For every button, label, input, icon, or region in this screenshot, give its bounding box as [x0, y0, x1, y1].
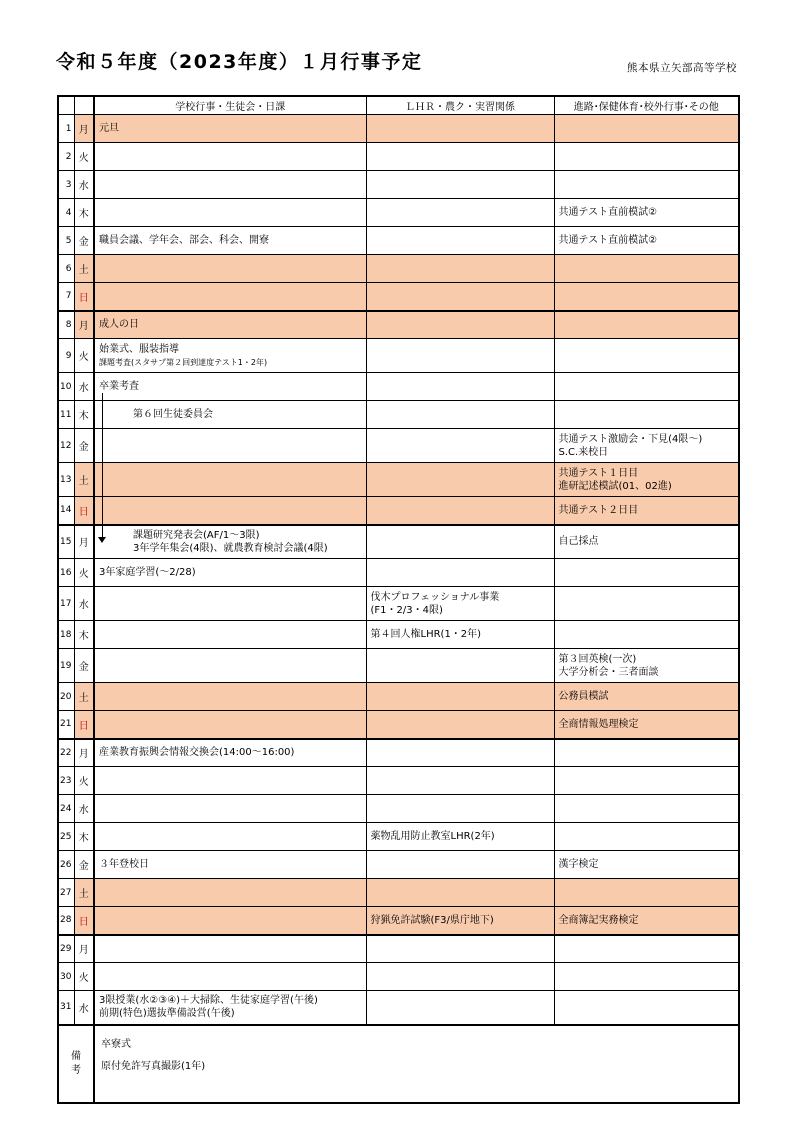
day-number: 13 — [58, 463, 74, 497]
shinro-events-cell — [554, 339, 739, 373]
day-number: 29 — [58, 935, 74, 963]
day-row-15: 15月課題研究発表会(AF/1～3限)3年学年集会(4限)、就農教育検討会議(4… — [58, 525, 739, 559]
school-events-cell — [94, 683, 366, 711]
weekday: 日 — [74, 497, 94, 525]
shinro-events-cell: 漢字検定 — [554, 851, 739, 879]
lhr-events-cell — [366, 497, 554, 525]
shinro-events-cell — [554, 621, 739, 649]
remarks-line: 原付免許写真撮影(1年) — [101, 1056, 732, 1078]
day-row-28: 28日狩猟免許試験(F3/県庁地下)全商簿記実務検定 — [58, 907, 739, 935]
day-row-2: 2火 — [58, 143, 739, 171]
day-row-29: 29月 — [58, 935, 739, 963]
day-row-22: 22月産業教育振興会情報交換会(14:00～16:00) — [58, 739, 739, 767]
event-text: 3年家庭学習(～2/28) — [99, 566, 362, 579]
lhr-events-cell — [366, 851, 554, 879]
lhr-events-cell — [366, 373, 554, 401]
day-row-19: 19金第３回英検(一次)大学分析会・三者面談 — [58, 649, 739, 683]
day-row-3: 3水 — [58, 171, 739, 199]
event-text: 3限授業(水②③④)＋大掃除、生徒家庭学習(午後) — [99, 994, 362, 1007]
lhr-events-cell — [366, 963, 554, 991]
weekday: 金 — [74, 429, 94, 463]
header-weekday-blank — [74, 96, 94, 115]
day-number: 1 — [58, 115, 74, 143]
event-text: S.C.来校日 — [559, 446, 735, 459]
weekday: 月 — [74, 739, 94, 767]
day-row-7: 7日 — [58, 283, 739, 311]
day-number: 4 — [58, 199, 74, 227]
shinro-events-cell — [554, 143, 739, 171]
day-number: 26 — [58, 851, 74, 879]
day-row-27: 27土 — [58, 879, 739, 907]
schedule-table: 学校行事・生徒会・日課 ＬＨＲ・農ク・実習関係 進路･保健体育･校外行事･その他… — [57, 95, 740, 1104]
lhr-events-cell: 狩猟免許試験(F3/県庁地下) — [366, 907, 554, 935]
event-text: 始業式、服装指導 — [99, 343, 362, 356]
shinro-events-cell: 共通テスト２日目 — [554, 497, 739, 525]
weekday: 土 — [74, 463, 94, 497]
lhr-events-cell: 伐木プロフェッショナル事業(F1・2/3・4限) — [366, 587, 554, 621]
day-number: 17 — [58, 587, 74, 621]
weekday: 木 — [74, 621, 94, 649]
day-row-17: 17水伐木プロフェッショナル事業(F1・2/3・4限) — [58, 587, 739, 621]
day-row-20: 20土公務員模試 — [58, 683, 739, 711]
weekday: 水 — [74, 991, 94, 1025]
school-events-cell — [94, 879, 366, 907]
event-text: 伐木プロフェッショナル事業 — [371, 591, 550, 604]
weekday: 金 — [74, 649, 94, 683]
lhr-events-cell — [366, 879, 554, 907]
event-text: 薬物乱用防止教室LHR(2年) — [371, 830, 550, 843]
school-events-cell — [94, 795, 366, 823]
day-number: 19 — [58, 649, 74, 683]
day-row-5: 5金職員会議、学年会、部会、科会、開寮共通テスト直前模試② — [58, 227, 739, 255]
day-number: 15 — [58, 525, 74, 559]
school-events-cell — [94, 283, 366, 311]
day-row-8: 8月成人の日 — [58, 311, 739, 339]
event-text: 全商情報処理検定 — [559, 718, 735, 731]
lhr-events-cell — [366, 525, 554, 559]
event-text: 大学分析会・三者面談 — [559, 666, 735, 679]
shinro-events-cell: 共通テスト直前模試② — [554, 227, 739, 255]
day-number: 18 — [58, 621, 74, 649]
shinro-events-cell — [554, 587, 739, 621]
day-row-31: 31水3限授業(水②③④)＋大掃除、生徒家庭学習(午後)前期(特色)選抜準備設営… — [58, 991, 739, 1025]
day-row-24: 24水 — [58, 795, 739, 823]
event-text: 共通テスト２日目 — [559, 504, 735, 517]
header-lhr-events: ＬＨＲ・農ク・実習関係 — [366, 96, 554, 115]
event-text: 産業教育振興会情報交換会(14:00～16:00) — [99, 746, 362, 759]
day-number: 8 — [58, 311, 74, 339]
event-text: 第４回人権LHR(1・2年) — [371, 628, 550, 641]
lhr-events-cell — [366, 199, 554, 227]
day-row-4: 4木共通テスト直前模試② — [58, 199, 739, 227]
school-events-cell: 3限授業(水②③④)＋大掃除、生徒家庭学習(午後)前期(特色)選抜準備設営(午後… — [94, 991, 366, 1025]
weekday: 火 — [74, 963, 94, 991]
school-events-cell — [94, 199, 366, 227]
school-events-cell: 課題研究発表会(AF/1～3限)3年学年集会(4限)、就農教育検討会議(4限) — [94, 525, 366, 559]
day-number: 31 — [58, 991, 74, 1025]
day-number: 6 — [58, 255, 74, 283]
shinro-events-cell — [554, 171, 739, 199]
lhr-events-cell — [366, 115, 554, 143]
event-text: 3年学年集会(4限)、就農教育検討会議(4限) — [133, 542, 362, 555]
lhr-events-cell: 第４回人権LHR(1・2年) — [366, 621, 554, 649]
exam-continuation-arrow — [98, 393, 106, 543]
weekday: 火 — [74, 767, 94, 795]
day-number: 12 — [58, 429, 74, 463]
shinro-events-cell — [554, 991, 739, 1025]
weekday: 火 — [74, 559, 94, 587]
shinro-events-cell — [554, 401, 739, 429]
school-events-cell: 卒業考査 — [94, 373, 366, 401]
day-number: 9 — [58, 339, 74, 373]
weekday: 月 — [74, 115, 94, 143]
event-text: 元旦 — [99, 122, 362, 135]
day-number: 3 — [58, 171, 74, 199]
event-text: (F1・2/3・4限) — [371, 604, 550, 617]
lhr-events-cell — [366, 171, 554, 199]
day-number: 7 — [58, 283, 74, 311]
lhr-events-cell — [366, 429, 554, 463]
event-text: ３年登校日 — [99, 858, 362, 871]
weekday: 土 — [74, 255, 94, 283]
day-row-23: 23火 — [58, 767, 739, 795]
lhr-events-cell — [366, 255, 554, 283]
header-row: 学校行事・生徒会・日課 ＬＨＲ・農ク・実習関係 進路･保健体育･校外行事･その他 — [58, 96, 739, 115]
arrow-shaft — [102, 393, 103, 537]
event-text: 公務員模試 — [559, 690, 735, 703]
event-text: 共通テスト激励会・下見(4限～) — [559, 433, 735, 446]
day-number: 25 — [58, 823, 74, 851]
lhr-events-cell — [366, 795, 554, 823]
document-page: 令和５年度（2023年度）１月行事予定 熊本県立矢部高等学校 学校行事・生徒会・… — [0, 0, 794, 1123]
day-row-25: 25木薬物乱用防止教室LHR(2年) — [58, 823, 739, 851]
shinro-events-cell — [554, 115, 739, 143]
day-number: 22 — [58, 739, 74, 767]
event-text: 前期(特色)選抜準備設営(午後) — [99, 1007, 362, 1020]
lhr-events-cell: 薬物乱用防止教室LHR(2年) — [366, 823, 554, 851]
school-name: 熊本県立矢部高等学校 — [627, 60, 737, 75]
day-number: 21 — [58, 711, 74, 739]
weekday: 日 — [74, 283, 94, 311]
school-events-cell — [94, 649, 366, 683]
day-row-18: 18木第４回人権LHR(1・2年) — [58, 621, 739, 649]
day-number: 14 — [58, 497, 74, 525]
header-day-blank — [58, 96, 74, 115]
day-number: 30 — [58, 963, 74, 991]
day-number: 23 — [58, 767, 74, 795]
weekday: 月 — [74, 525, 94, 559]
event-text: 課題考査(スタサプ第２回到達度テスト1・2年) — [99, 356, 362, 369]
day-row-1: 1月元旦 — [58, 115, 739, 143]
school-events-cell: 成人の日 — [94, 311, 366, 339]
weekday: 月 — [74, 935, 94, 963]
shinro-events-cell — [554, 283, 739, 311]
weekday: 日 — [74, 711, 94, 739]
day-number: 11 — [58, 401, 74, 429]
header-school-events: 学校行事・生徒会・日課 — [94, 96, 366, 115]
shinro-events-cell — [554, 795, 739, 823]
event-text: 成人の日 — [99, 318, 362, 331]
day-number: 24 — [58, 795, 74, 823]
day-row-6: 6土 — [58, 255, 739, 283]
shinro-events-cell: 全商簿記実務検定 — [554, 907, 739, 935]
event-text: 第３回英検(一次) — [559, 653, 735, 666]
shinro-events-cell — [554, 935, 739, 963]
lhr-events-cell — [366, 991, 554, 1025]
shinro-events-cell — [554, 739, 739, 767]
event-text: 第６回生徒委員会 — [133, 408, 362, 421]
shinro-events-cell — [554, 823, 739, 851]
lhr-events-cell — [366, 311, 554, 339]
shinro-events-cell — [554, 373, 739, 401]
lhr-events-cell — [366, 143, 554, 171]
remarks-row: 備 考 卒寮式 原付免許写真撮影(1年) — [58, 1025, 739, 1103]
weekday: 水 — [74, 795, 94, 823]
event-text: 全商簿記実務検定 — [559, 914, 735, 927]
event-text: 漢字検定 — [559, 858, 735, 871]
weekday: 水 — [74, 373, 94, 401]
remarks-line: 卒寮式 — [101, 1034, 732, 1056]
day-row-13: 13土共通テスト１日目進研記述模試(01、02進) — [58, 463, 739, 497]
lhr-events-cell — [366, 283, 554, 311]
event-text: 共通テスト直前模試② — [559, 206, 735, 219]
school-events-cell — [94, 463, 366, 497]
page-title: 令和５年度（2023年度）１月行事予定 — [56, 47, 422, 74]
lhr-events-cell — [366, 559, 554, 587]
school-events-cell — [94, 963, 366, 991]
event-text: 共通テスト１日目 — [559, 467, 735, 480]
day-number: 16 — [58, 559, 74, 587]
event-text: 課題研究発表会(AF/1～3限) — [133, 529, 362, 542]
weekday: 火 — [74, 143, 94, 171]
weekday: 土 — [74, 879, 94, 907]
school-events-cell — [94, 621, 366, 649]
remarks-content: 卒寮式 原付免許写真撮影(1年) — [94, 1025, 739, 1103]
day-row-30: 30火 — [58, 963, 739, 991]
school-events-cell — [94, 711, 366, 739]
remarks-label: 備 考 — [58, 1025, 94, 1103]
event-text: 狩猟免許試験(F3/県庁地下) — [371, 914, 550, 927]
school-events-cell — [94, 143, 366, 171]
school-events-cell: 第６回生徒委員会 — [94, 401, 366, 429]
school-events-cell: 職員会議、学年会、部会、科会、開寮 — [94, 227, 366, 255]
weekday: 木 — [74, 401, 94, 429]
day-row-11: 11木第６回生徒委員会 — [58, 401, 739, 429]
lhr-events-cell — [366, 463, 554, 497]
day-number: 2 — [58, 143, 74, 171]
event-text: 卒業考査 — [99, 380, 362, 393]
event-text: 進研記述模試(01、02進) — [559, 480, 735, 493]
shinro-events-cell: 共通テスト１日目進研記述模試(01、02進) — [554, 463, 739, 497]
school-events-cell: 産業教育振興会情報交換会(14:00～16:00) — [94, 739, 366, 767]
day-number: 5 — [58, 227, 74, 255]
lhr-events-cell — [366, 767, 554, 795]
school-events-cell — [94, 255, 366, 283]
school-events-cell — [94, 497, 366, 525]
school-events-cell — [94, 907, 366, 935]
day-row-16: 16火3年家庭学習(～2/28) — [58, 559, 739, 587]
weekday: 土 — [74, 683, 94, 711]
schedule-table-wrap: 学校行事・生徒会・日課 ＬＨＲ・農ク・実習関係 進路･保健体育･校外行事･その他… — [57, 95, 738, 1104]
lhr-events-cell — [366, 401, 554, 429]
weekday: 月 — [74, 311, 94, 339]
shinro-events-cell: 公務員模試 — [554, 683, 739, 711]
lhr-events-cell — [366, 935, 554, 963]
shinro-events-cell — [554, 879, 739, 907]
event-text: 職員会議、学年会、部会、科会、開寮 — [99, 234, 362, 247]
day-row-9: 9火始業式、服装指導課題考査(スタサプ第２回到達度テスト1・2年) — [58, 339, 739, 373]
weekday: 日 — [74, 907, 94, 935]
shinro-events-cell — [554, 963, 739, 991]
day-number: 27 — [58, 879, 74, 907]
lhr-events-cell — [366, 649, 554, 683]
shinro-events-cell: 全商情報処理検定 — [554, 711, 739, 739]
lhr-events-cell — [366, 711, 554, 739]
shinro-events-cell — [554, 311, 739, 339]
shinro-events-cell: 第３回英検(一次)大学分析会・三者面談 — [554, 649, 739, 683]
school-events-cell: 3年家庭学習(～2/28) — [94, 559, 366, 587]
shinro-events-cell — [554, 255, 739, 283]
weekday: 火 — [74, 339, 94, 373]
weekday: 金 — [74, 227, 94, 255]
lhr-events-cell — [366, 339, 554, 373]
day-number: 28 — [58, 907, 74, 935]
school-events-cell: 始業式、服装指導課題考査(スタサプ第２回到達度テスト1・2年) — [94, 339, 366, 373]
day-number: 20 — [58, 683, 74, 711]
day-row-26: 26金３年登校日漢字検定 — [58, 851, 739, 879]
day-row-21: 21日全商情報処理検定 — [58, 711, 739, 739]
school-events-cell — [94, 587, 366, 621]
day-row-10: 10水卒業考査 — [58, 373, 739, 401]
school-events-cell — [94, 767, 366, 795]
day-row-14: 14日共通テスト２日目 — [58, 497, 739, 525]
day-row-12: 12金共通テスト激励会・下見(4限～)S.C.来校日 — [58, 429, 739, 463]
event-text: 自己採点 — [559, 535, 735, 548]
weekday: 水 — [74, 587, 94, 621]
weekday: 木 — [74, 823, 94, 851]
shinro-events-cell: 共通テスト直前模試② — [554, 199, 739, 227]
school-events-cell — [94, 935, 366, 963]
weekday: 金 — [74, 851, 94, 879]
school-events-cell — [94, 823, 366, 851]
school-events-cell — [94, 429, 366, 463]
event-text: 共通テスト直前模試② — [559, 234, 735, 247]
school-events-cell: 元旦 — [94, 115, 366, 143]
weekday: 木 — [74, 199, 94, 227]
day-number: 10 — [58, 373, 74, 401]
weekday: 水 — [74, 171, 94, 199]
shinro-events-cell: 自己採点 — [554, 525, 739, 559]
lhr-events-cell — [366, 227, 554, 255]
lhr-events-cell — [366, 739, 554, 767]
school-events-cell: ３年登校日 — [94, 851, 366, 879]
lhr-events-cell — [366, 683, 554, 711]
shinro-events-cell: 共通テスト激励会・下見(4限～)S.C.来校日 — [554, 429, 739, 463]
school-events-cell — [94, 171, 366, 199]
shinro-events-cell — [554, 559, 739, 587]
header-shinro-events: 進路･保健体育･校外行事･その他 — [554, 96, 739, 115]
shinro-events-cell — [554, 767, 739, 795]
arrow-head-icon — [98, 537, 106, 543]
